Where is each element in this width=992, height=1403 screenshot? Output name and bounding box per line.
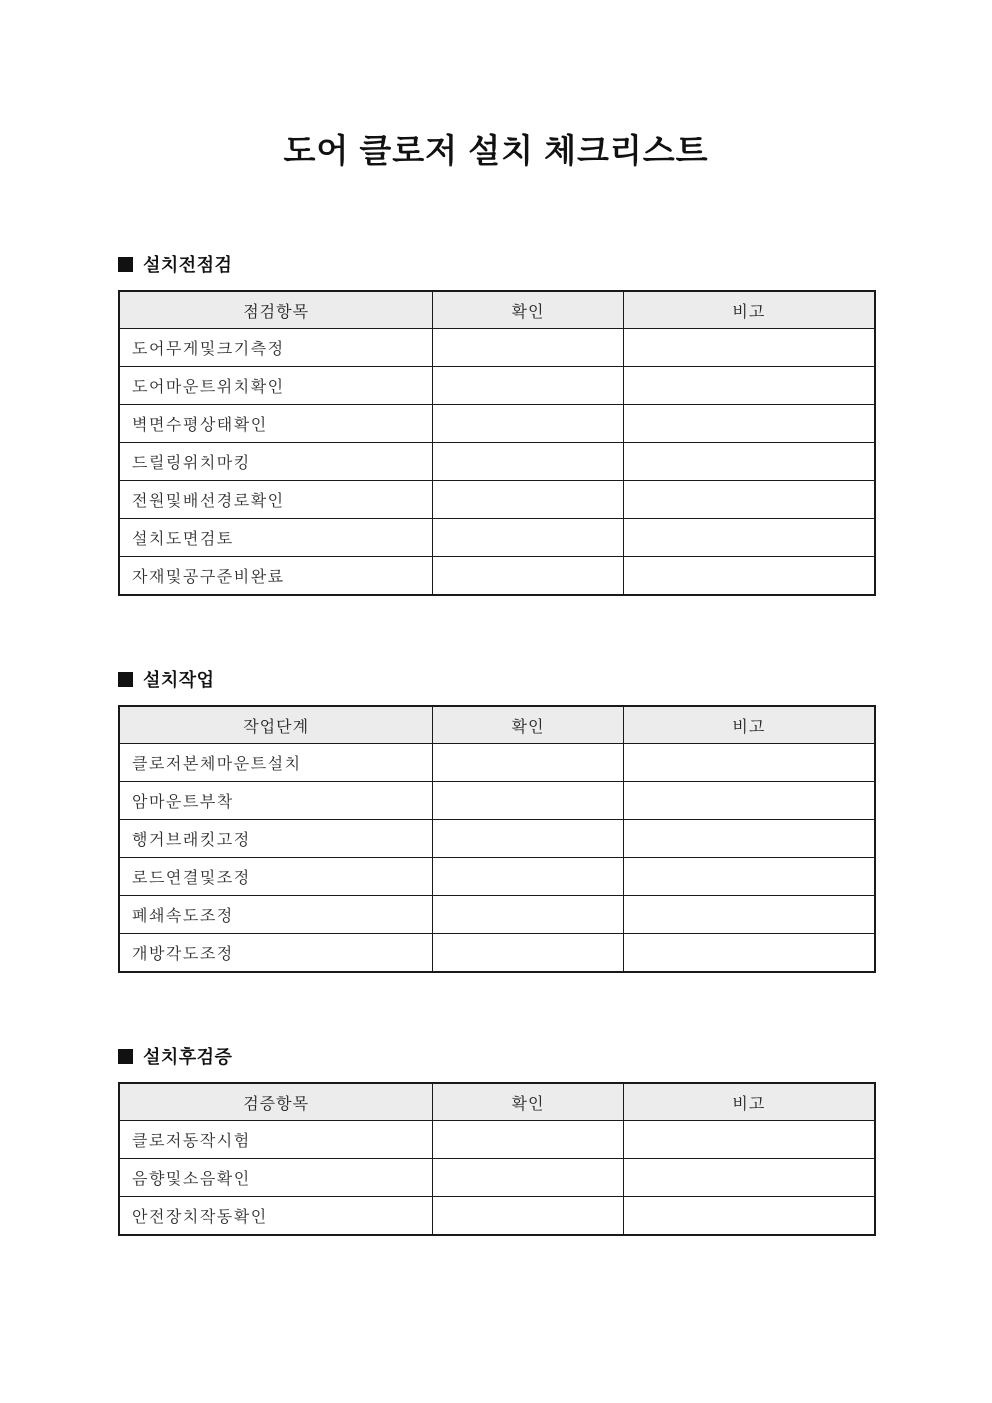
column-header: 점검항목 bbox=[119, 291, 433, 329]
item-label-cell: 도어무게및크기측정 bbox=[119, 329, 433, 367]
check-cell bbox=[433, 557, 624, 595]
remark-cell bbox=[623, 744, 875, 782]
remark-cell bbox=[623, 896, 875, 934]
column-header: 확인 bbox=[433, 1083, 624, 1121]
item-label-cell: 음향및소음확인 bbox=[119, 1159, 433, 1197]
section-heading: 설치전점검 bbox=[118, 253, 876, 277]
check-cell bbox=[433, 858, 624, 896]
remark-cell bbox=[623, 858, 875, 896]
table-row: 전원및배선경로확인 bbox=[119, 481, 875, 519]
table-body: 클로저본체마운트설치암마운트부착행거브래킷고정로드연결및조정폐쇄속도조정개방각도… bbox=[119, 744, 875, 972]
remark-cell bbox=[623, 820, 875, 858]
table-row: 클로저동작시험 bbox=[119, 1121, 875, 1159]
item-label-cell: 안전장치작동확인 bbox=[119, 1197, 433, 1235]
item-label-cell: 암마운트부착 bbox=[119, 782, 433, 820]
table-body: 클로저동작시험음향및소음확인안전장치작동확인 bbox=[119, 1121, 875, 1235]
item-label-cell: 전원및배선경로확인 bbox=[119, 481, 433, 519]
item-label-cell: 로드연결및조정 bbox=[119, 858, 433, 896]
item-label-cell: 개방각도조정 bbox=[119, 934, 433, 972]
document-page: 도어 클로저 설치 체크리스트 설치전점검 점검항목확인비고 도어무게및크기측정… bbox=[0, 0, 992, 1403]
check-cell bbox=[433, 1159, 624, 1197]
item-label-cell: 클로저동작시험 bbox=[119, 1121, 433, 1159]
item-label-cell: 도어마운트위치확인 bbox=[119, 367, 433, 405]
black-square-bullet-icon bbox=[118, 1049, 133, 1064]
check-cell bbox=[433, 820, 624, 858]
column-header: 비고 bbox=[623, 291, 875, 329]
table-row: 행거브래킷고정 bbox=[119, 820, 875, 858]
column-header: 확인 bbox=[433, 706, 624, 744]
item-label-cell: 클로저본체마운트설치 bbox=[119, 744, 433, 782]
checklist-table: 작업단계확인비고 클로저본체마운트설치암마운트부착행거브래킷고정로드연결및조정폐… bbox=[118, 705, 876, 973]
table-row: 안전장치작동확인 bbox=[119, 1197, 875, 1235]
section-heading-label: 설치전점검 bbox=[143, 253, 232, 277]
item-label-cell: 행거브래킷고정 bbox=[119, 820, 433, 858]
check-cell bbox=[433, 744, 624, 782]
remark-cell bbox=[623, 934, 875, 972]
remark-cell bbox=[623, 519, 875, 557]
checklist-table: 검증항목확인비고 클로저동작시험음향및소음확인안전장치작동확인 bbox=[118, 1082, 876, 1236]
remark-cell bbox=[623, 329, 875, 367]
check-cell bbox=[433, 934, 624, 972]
item-label-cell: 설치도면검토 bbox=[119, 519, 433, 557]
section-heading: 설치후검증 bbox=[118, 1045, 876, 1069]
check-cell bbox=[433, 519, 624, 557]
table-row: 클로저본체마운트설치 bbox=[119, 744, 875, 782]
check-cell bbox=[433, 367, 624, 405]
column-header: 비고 bbox=[623, 706, 875, 744]
table-row: 도어무게및크기측정 bbox=[119, 329, 875, 367]
remark-cell bbox=[623, 405, 875, 443]
check-cell bbox=[433, 1121, 624, 1159]
column-header: 검증항목 bbox=[119, 1083, 433, 1121]
table-row: 암마운트부착 bbox=[119, 782, 875, 820]
remark-cell bbox=[623, 782, 875, 820]
section-post-install-verify: 설치후검증 검증항목확인비고 클로저동작시험음향및소음확인안전장치작동확인 bbox=[118, 1045, 876, 1236]
black-square-bullet-icon bbox=[118, 672, 133, 687]
column-header: 작업단계 bbox=[119, 706, 433, 744]
remark-cell bbox=[623, 1121, 875, 1159]
remark-cell bbox=[623, 481, 875, 519]
check-cell bbox=[433, 896, 624, 934]
checklist-table: 점검항목확인비고 도어무게및크기측정도어마운트위치확인벽면수평상태확인드릴링위치… bbox=[118, 290, 876, 596]
check-cell bbox=[433, 329, 624, 367]
table-body: 도어무게및크기측정도어마운트위치확인벽면수평상태확인드릴링위치마킹전원및배선경로… bbox=[119, 329, 875, 595]
column-header: 비고 bbox=[623, 1083, 875, 1121]
section-heading: 설치작업 bbox=[118, 668, 876, 692]
item-label-cell: 벽면수평상태확인 bbox=[119, 405, 433, 443]
table-row: 벽면수평상태확인 bbox=[119, 405, 875, 443]
item-label-cell: 자재및공구준비완료 bbox=[119, 557, 433, 595]
page-title: 도어 클로저 설치 체크리스트 bbox=[0, 130, 992, 173]
section-install-work: 설치작업 작업단계확인비고 클로저본체마운트설치암마운트부착행거브래킷고정로드연… bbox=[118, 668, 876, 973]
remark-cell bbox=[623, 1159, 875, 1197]
table-header-row: 작업단계확인비고 bbox=[119, 706, 875, 744]
section-heading-label: 설치후검증 bbox=[143, 1045, 232, 1069]
check-cell bbox=[433, 1197, 624, 1235]
table-row: 로드연결및조정 bbox=[119, 858, 875, 896]
remark-cell bbox=[623, 1197, 875, 1235]
check-cell bbox=[433, 481, 624, 519]
item-label-cell: 폐쇄속도조정 bbox=[119, 896, 433, 934]
table-row: 설치도면검토 bbox=[119, 519, 875, 557]
black-square-bullet-icon bbox=[118, 257, 133, 272]
table-row: 자재및공구준비완료 bbox=[119, 557, 875, 595]
table-header-row: 점검항목확인비고 bbox=[119, 291, 875, 329]
remark-cell bbox=[623, 443, 875, 481]
table-row: 도어마운트위치확인 bbox=[119, 367, 875, 405]
check-cell bbox=[433, 782, 624, 820]
remark-cell bbox=[623, 557, 875, 595]
sections-container: 설치전점검 점검항목확인비고 도어무게및크기측정도어마운트위치확인벽면수평상태확… bbox=[118, 253, 876, 1236]
section-heading-label: 설치작업 bbox=[143, 668, 215, 692]
table-row: 드릴링위치마킹 bbox=[119, 443, 875, 481]
item-label-cell: 드릴링위치마킹 bbox=[119, 443, 433, 481]
check-cell bbox=[433, 405, 624, 443]
remark-cell bbox=[623, 367, 875, 405]
table-row: 폐쇄속도조정 bbox=[119, 896, 875, 934]
table-row: 음향및소음확인 bbox=[119, 1159, 875, 1197]
column-header: 확인 bbox=[433, 291, 624, 329]
table-row: 개방각도조정 bbox=[119, 934, 875, 972]
check-cell bbox=[433, 443, 624, 481]
table-header-row: 검증항목확인비고 bbox=[119, 1083, 875, 1121]
section-pre-install-check: 설치전점검 점검항목확인비고 도어무게및크기측정도어마운트위치확인벽면수평상태확… bbox=[118, 253, 876, 596]
